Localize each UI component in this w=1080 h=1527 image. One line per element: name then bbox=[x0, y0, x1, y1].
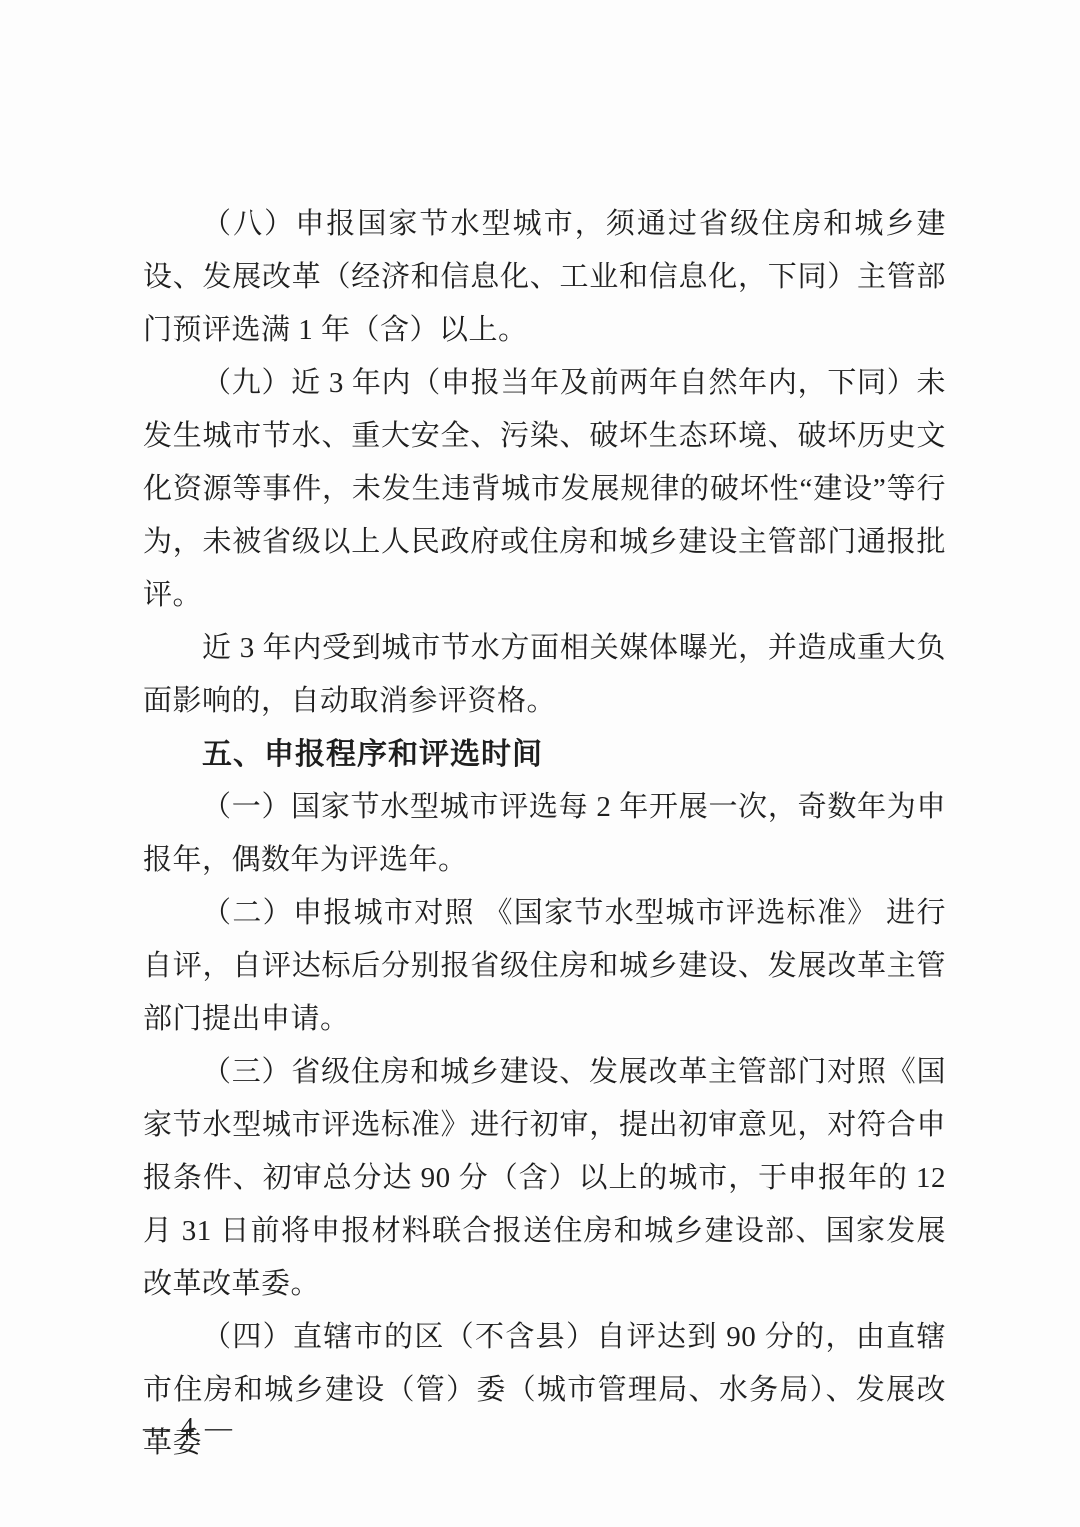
paragraph-item-9: （九）近 3 年内（申报当年及前两年自然年内，下同）未发生城市节水、重大安全、污… bbox=[143, 357, 946, 622]
page-number: — 4 — bbox=[143, 1407, 234, 1447]
document-body: （八）申报国家节水型城市，须通过省级住房和城乡建设、发展改革（经济和信息化、工业… bbox=[143, 198, 946, 1470]
paragraph-item-4: （四）直辖市的区（不含县）自评达到 90 分的，由直辖市住房和城乡建设（管）委（… bbox=[143, 1311, 946, 1470]
paragraph-item-2: （二）申报城市对照 《国家节水型城市评选标准》 进行自评，自评达标后分别报省级住… bbox=[143, 887, 946, 1046]
paragraph-media-exposure: 近 3 年内受到城市节水方面相关媒体曝光，并造成重大负面影响的，自动取消参评资格… bbox=[143, 622, 946, 728]
document-page: （八）申报国家节水型城市，须通过省级住房和城乡建设、发展改革（经济和信息化、工业… bbox=[0, 0, 1080, 1527]
paragraph-item-3: （三）省级住房和城乡建设、发展改革主管部门对照《国家节水型城市评选标准》进行初审… bbox=[143, 1046, 946, 1311]
paragraph-item-1: （一）国家节水型城市评选每 2 年开展一次，奇数年为申报年，偶数年为评选年。 bbox=[143, 781, 946, 887]
section-heading-5: 五、申报程序和评选时间 bbox=[143, 728, 946, 781]
paragraph-item-8: （八）申报国家节水型城市，须通过省级住房和城乡建设、发展改革（经济和信息化、工业… bbox=[143, 198, 946, 357]
